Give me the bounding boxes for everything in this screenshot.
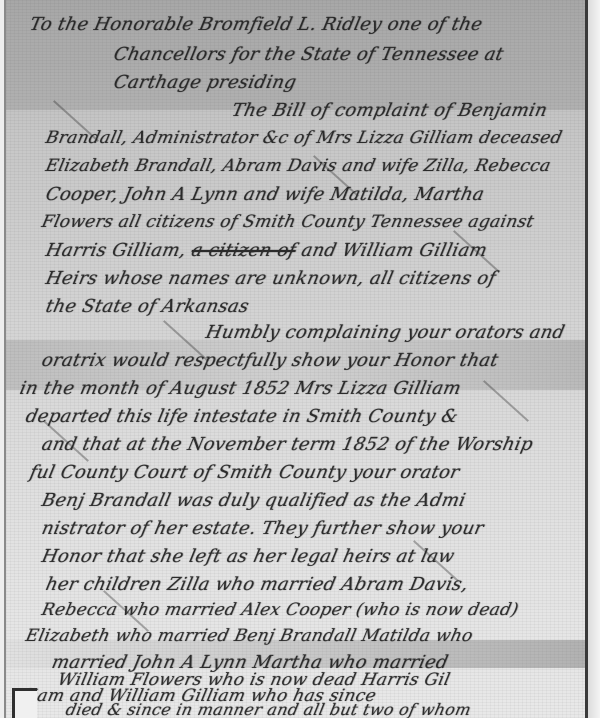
text-line: the State of Arkansas xyxy=(44,296,251,317)
text-line: Brandall, Administrator &c of Mrs Lizza … xyxy=(44,128,564,148)
text-line: her children Zilla who married Abram Dav… xyxy=(44,574,470,595)
text-line: Flowers all citizens of Smith County Ten… xyxy=(40,212,536,232)
text-line: departed this life intestate in Smith Co… xyxy=(24,406,460,427)
document-scan: To the Honorable Bromfield L. Ridley one… xyxy=(0,0,600,718)
text-line: Honor that she left as her legal heirs a… xyxy=(40,546,457,567)
page-edge xyxy=(588,0,600,718)
paper-sheet: To the Honorable Bromfield L. Ridley one… xyxy=(4,0,588,718)
text-line: To the Honorable Bromfield L. Ridley one… xyxy=(28,14,485,35)
handwritten-text: To the Honorable Bromfield L. Ridley one… xyxy=(6,0,594,718)
text-line: nistrator of her estate. They further sh… xyxy=(40,518,486,539)
struck-text: a citizen of xyxy=(190,240,298,261)
text-line: Elizabeth who married Benj Brandall Mati… xyxy=(24,626,475,646)
folded-corner xyxy=(12,688,37,718)
text-line: Carthage presiding xyxy=(112,72,299,93)
text-line: Harris Gilliam, a citizen of and William… xyxy=(44,240,489,261)
text-line: Benj Brandall was duly qualified as the … xyxy=(40,490,468,511)
text-line: died & since in manner and all but two o… xyxy=(64,700,473,718)
text-line: Heirs whose names are unknown, all citiz… xyxy=(44,268,498,289)
text-line: The Bill of complaint of Benjamin xyxy=(230,100,550,121)
text-line: Cooper, John A Lynn and wife Matilda, Ma… xyxy=(44,184,486,205)
text-line: and that at the November term 1852 of th… xyxy=(40,434,535,455)
text-line: Rebecca who married Alex Cooper (who is … xyxy=(40,600,521,620)
text-line: Humbly complaining your orators and xyxy=(204,322,567,343)
text-line: in the month of August 1852 Mrs Lizza Gi… xyxy=(18,378,463,399)
text-line: ful County Court of Smith County your or… xyxy=(28,462,462,483)
text-line: oratrix would respectfully show your Hon… xyxy=(40,350,500,371)
text-line: Elizabeth Brandall, Abram Davis and wife… xyxy=(44,156,553,176)
text-line: Chancellors for the State of Tennessee a… xyxy=(112,44,506,65)
